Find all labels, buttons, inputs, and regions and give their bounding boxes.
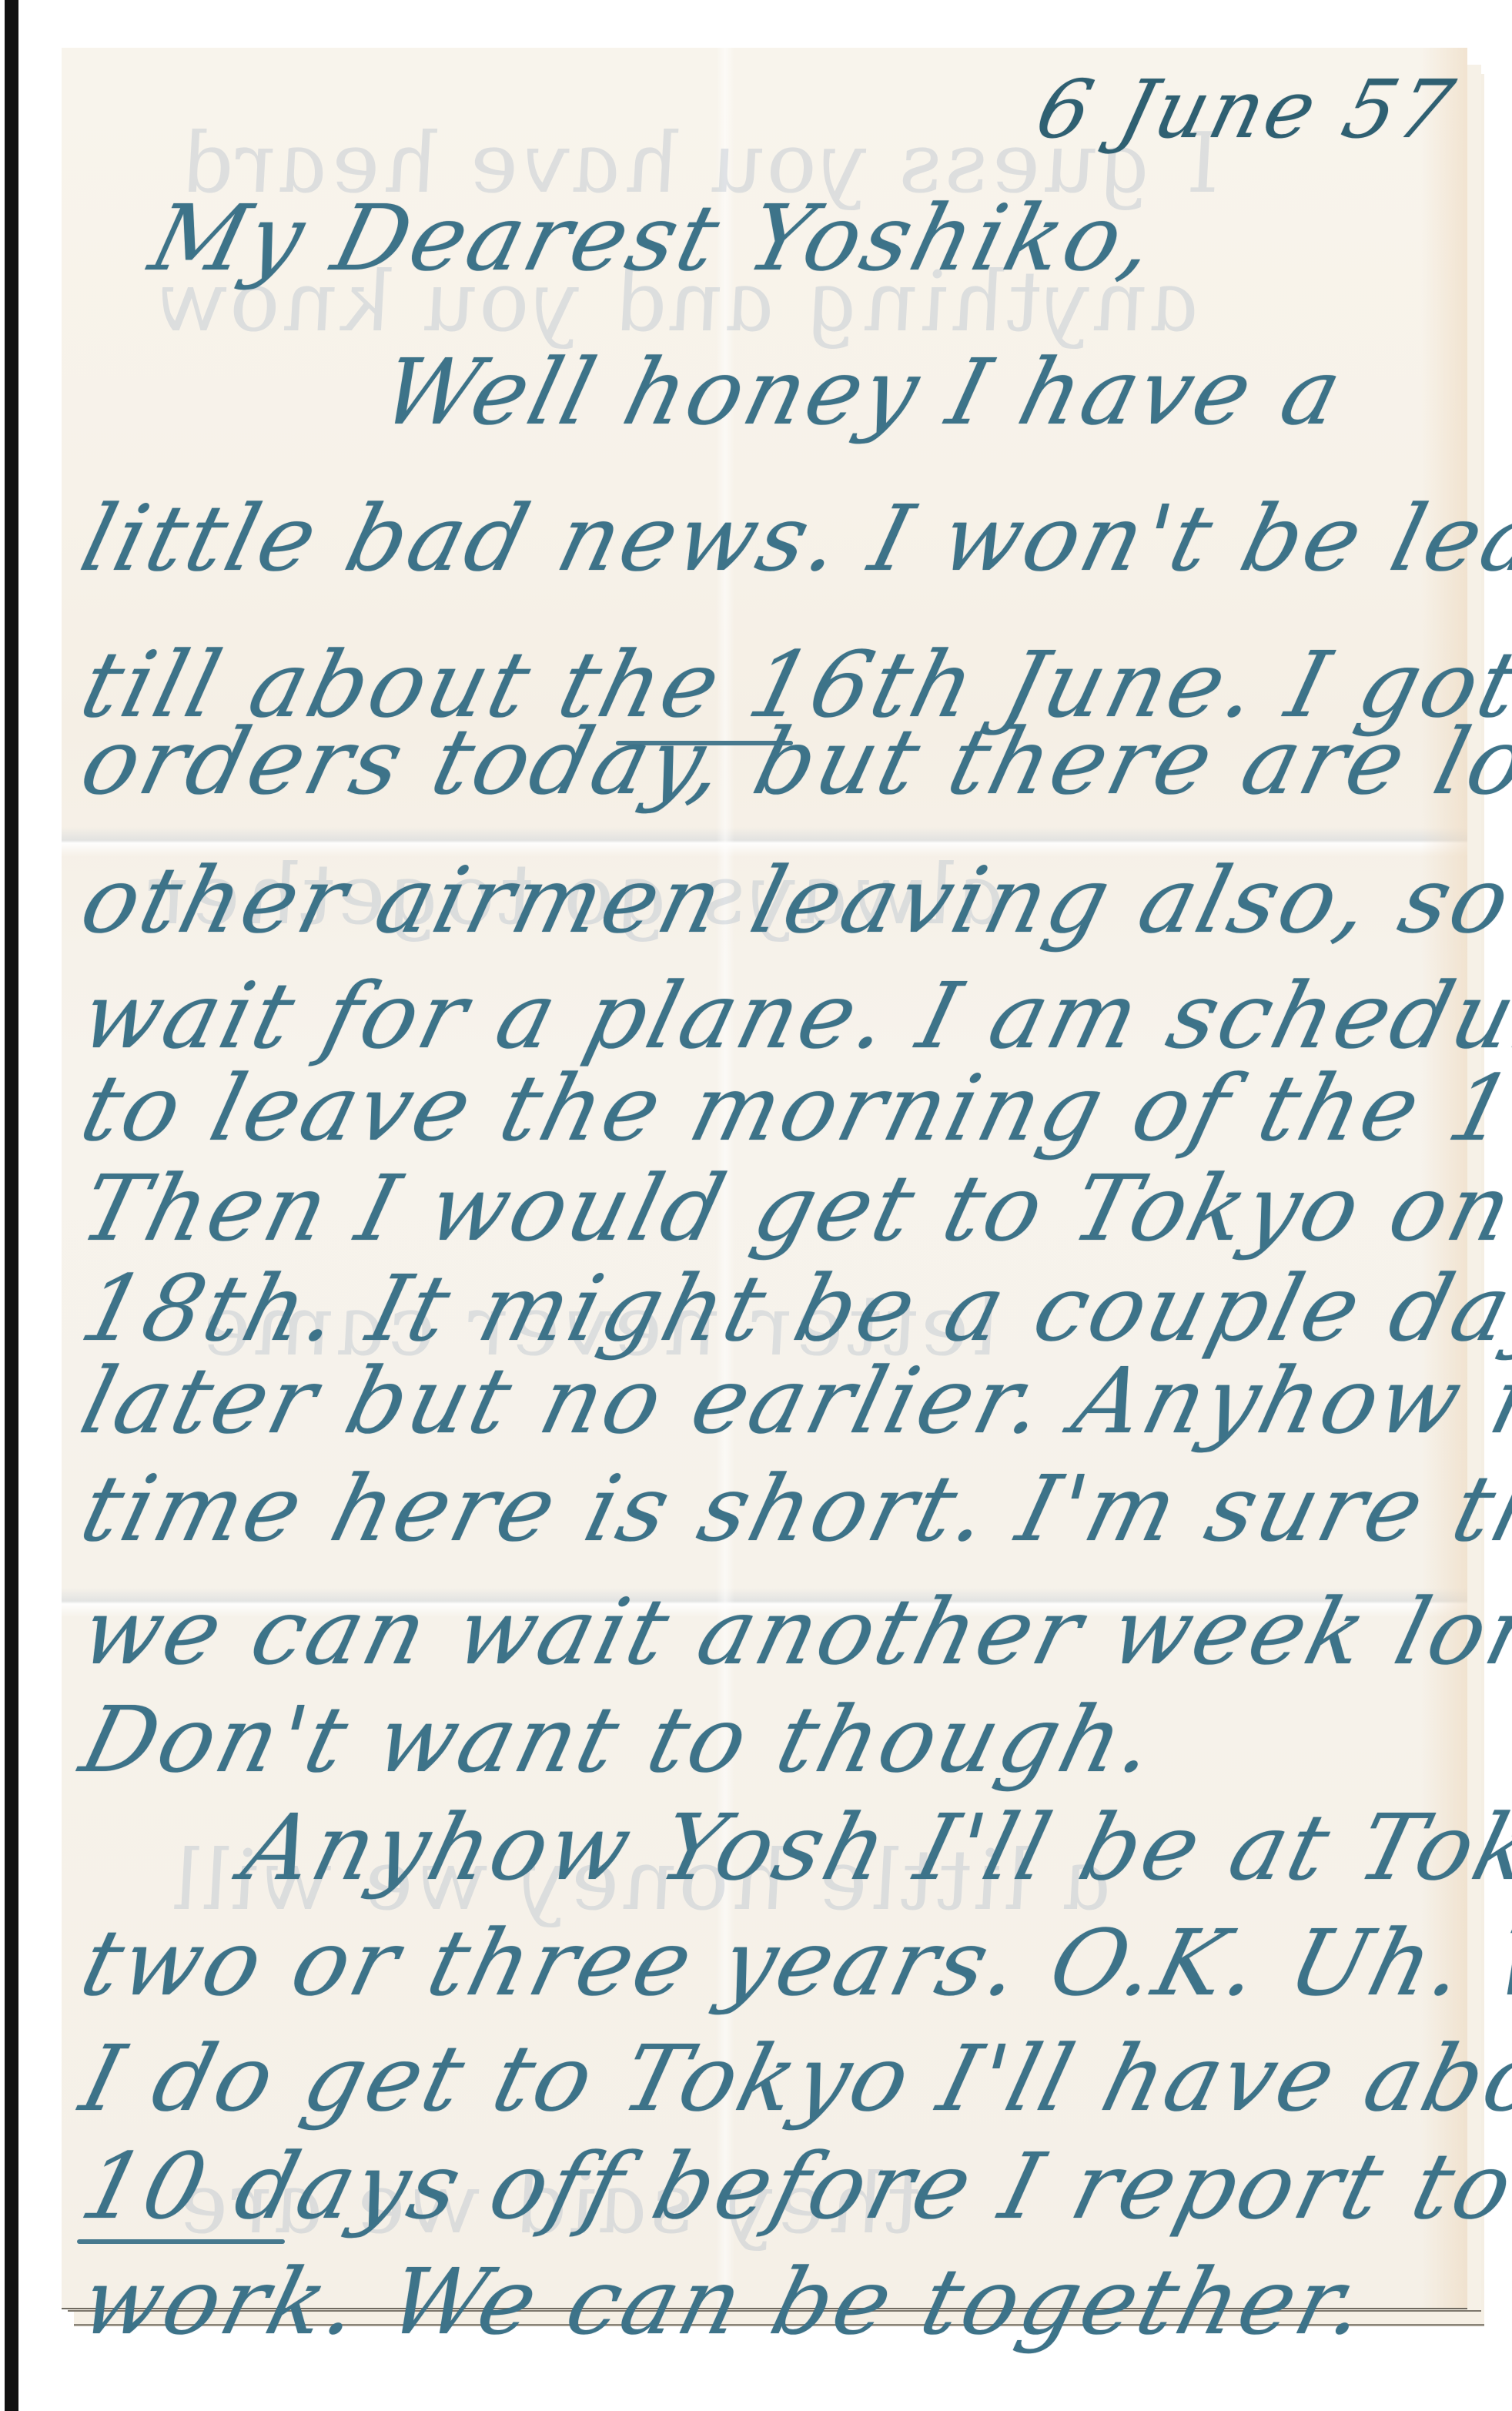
letter-line: I do get to Tokyo I'll have about [73, 2033, 1512, 2124]
letter-date: 6 June 57 [1029, 69, 1463, 149]
underline-mark [77, 2239, 285, 2244]
letter-line: Don't want to though. [73, 1694, 1166, 1785]
scanner-edge [5, 0, 18, 2411]
letter-line: 10 days off before I report to [73, 2141, 1512, 2232]
letter-line: two or three years. O.K. Uh. When [73, 1917, 1512, 2008]
letter-line: time here is short. I'm sure that [73, 1463, 1512, 1554]
letter-line: we can wait another week longer [73, 1586, 1512, 1677]
letter-line: wait for a plane. I am scheduled [73, 970, 1512, 1061]
letter-line: other airmen leaving also, so I must [73, 855, 1512, 946]
letter-line: work. We can be together. [73, 2256, 1377, 2347]
letter-line: little bad news. I won't be leaving [73, 493, 1512, 584]
letter-line: Well honey I have a [373, 347, 1353, 437]
letter-line: orders today, but there are lots of [73, 716, 1512, 807]
letter-line: Anyhow Yosh I'll be at Tokyo [235, 1802, 1512, 1893]
letter-line: to leave the morning of the 16th. [73, 1063, 1512, 1154]
letter-line: later but no earlier. Anyhow my [73, 1355, 1512, 1446]
letter-line: 18th. It might be a couple days [73, 1263, 1512, 1354]
letter-line: Then I would get to Tokyo on the [73, 1163, 1512, 1254]
salutation: My Dearest Yoshiko, [142, 193, 1166, 283]
